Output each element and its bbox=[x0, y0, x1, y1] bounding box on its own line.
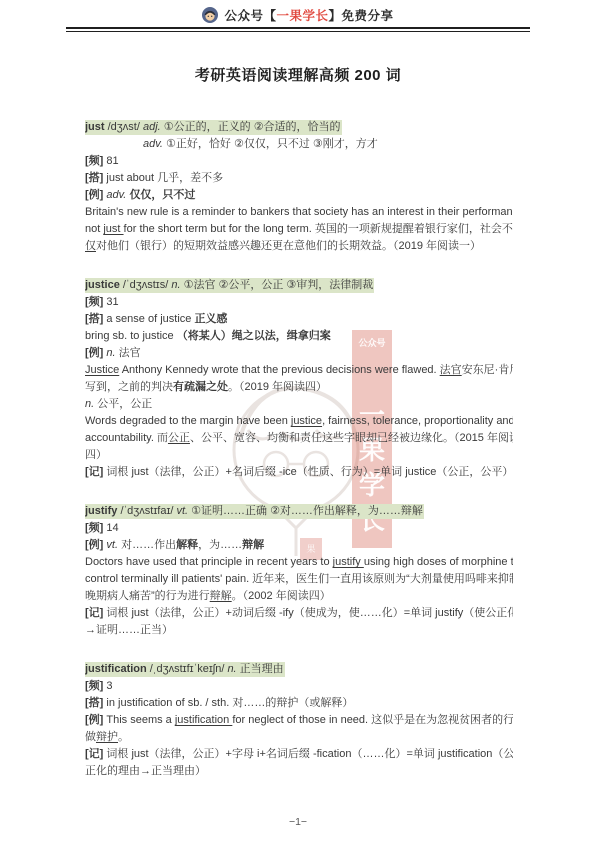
text-segment: just bbox=[85, 121, 105, 133]
text-line: [频] 81 bbox=[85, 153, 513, 170]
text-line: [例] adv. 仅仅，只不过 bbox=[85, 187, 513, 204]
text-segment: 81 bbox=[103, 155, 118, 167]
text-line: not just for the short term but for the … bbox=[85, 221, 513, 238]
text-segment: a sense of justice bbox=[103, 313, 194, 325]
text-segment: 正化的理由→正当理由） bbox=[85, 765, 206, 777]
text-segment: ，为…… bbox=[198, 539, 242, 551]
text-segment: 正义感 bbox=[194, 313, 227, 325]
text-segment: ①公正的，正义的 ②合适的，恰当的 bbox=[161, 121, 341, 133]
text-segment: Justice bbox=[85, 364, 119, 376]
text-segment: for the short term but for the long term… bbox=[124, 223, 513, 235]
text-segment: 、公平、宽容、均衡和责任这些字眼却已经被边缘化。（2015 年阅读 bbox=[190, 432, 513, 444]
text-segment: justify bbox=[85, 505, 117, 517]
headword-highlight: justification /ˌdʒʌstɪfɪˈkeɪʃn/ n. 正当理由 bbox=[85, 662, 285, 677]
text-segment: 法官 bbox=[116, 347, 141, 359]
text-segment: [搭] bbox=[85, 172, 103, 184]
text-line: 四） bbox=[85, 447, 513, 464]
text-line: 正化的理由→正当理由） bbox=[85, 763, 513, 780]
text-line: [例] This seems a justification for negle… bbox=[85, 712, 513, 729]
text-line: bring sb. to justice （将某人）绳之以法，缉拿归案 bbox=[85, 328, 513, 345]
text-segment: /ˈdʒʌstɪfaɪ/ bbox=[117, 505, 176, 517]
text-line: [例] n. 法官 bbox=[85, 345, 513, 362]
text-line: [记] 词根 just（法律，公正）+名词后缀 -ice（性质、行为）=单词 j… bbox=[85, 464, 513, 481]
text-segment: 。（2019 年阅读四） bbox=[228, 381, 327, 393]
page-number: −1− bbox=[0, 816, 596, 828]
text-segment: ①证明……正确 ②对……作出解释，为……辩解 bbox=[188, 505, 423, 517]
text-segment: Doctors have used that principle in rece… bbox=[85, 556, 333, 568]
headword-highlight: just /dʒʌst/ adj. ①公正的，正义的 ②合适的，恰当的 bbox=[85, 120, 342, 135]
text-segment: 晚期病人痛苦”的行为进行 bbox=[85, 590, 210, 602]
text-line: [频] 3 bbox=[85, 678, 513, 695]
text-segment: ①法官 ②公平，公正 ③审判，法律制裁 bbox=[181, 279, 374, 291]
text-segment: This seems a bbox=[103, 714, 175, 726]
text-segment: adv. bbox=[106, 189, 126, 201]
text-segment: [频] bbox=[85, 296, 103, 308]
text-segment: 安东尼·肯尼迪 bbox=[462, 364, 513, 376]
text-segment: 词根 just（法律，公正）+动词后缀 -ify（使成为，使……化）=单词 ju… bbox=[103, 607, 513, 619]
text-line: justification /ˌdʒʌstɪfɪˈkeɪʃn/ n. 正当理由 bbox=[85, 661, 513, 678]
page-title: 考研英语阅读理解高频 200 词 bbox=[0, 64, 596, 85]
text-segment: /ˈdʒʌstɪs/ bbox=[120, 279, 171, 291]
text-segment: [频] bbox=[85, 522, 103, 534]
document-page: 公众号 一果学长 果 公众号【一果学长】免费分享 考研英语阅读理解高频 200 … bbox=[0, 0, 596, 842]
text-segment: →证明……正当） bbox=[85, 624, 173, 636]
text-segment: n. bbox=[106, 347, 115, 359]
text-segment: justification bbox=[85, 663, 147, 675]
text-segment: using high doses of morphine to bbox=[364, 556, 513, 568]
text-line: Doctors have used that principle in rece… bbox=[85, 554, 513, 571]
text-segment: 做 bbox=[85, 731, 96, 743]
text-segment: 有疏漏之处 bbox=[173, 381, 228, 393]
boy-avatar-icon bbox=[202, 7, 218, 26]
text-segment: just about 几乎，差不多 bbox=[103, 172, 223, 184]
text-segment: 。 bbox=[118, 731, 129, 743]
text-segment: justify bbox=[333, 556, 364, 568]
text-segment: [搭] bbox=[85, 697, 103, 709]
text-segment: [例] bbox=[85, 539, 103, 551]
text-segment: 对……作出 bbox=[118, 539, 176, 551]
text-segment: 3 bbox=[103, 680, 112, 692]
text-line: 仅对他们（银行）的短期效益感兴趣还更在意他们的长期效益。（2019 年阅读一） bbox=[85, 238, 513, 255]
text-segment: [频] bbox=[85, 680, 103, 692]
text-segment: accountability. 而 bbox=[85, 432, 168, 444]
text-segment: 公正 bbox=[168, 432, 190, 444]
text-segment: [搭] bbox=[85, 313, 103, 325]
text-segment: not bbox=[85, 223, 103, 235]
text-segment: 四） bbox=[85, 449, 107, 461]
text-line: [记] 词根 just（法律，公正）+动词后缀 -ify（使成为，使……化）=单… bbox=[85, 605, 513, 622]
text-segment: bring sb. to justice bbox=[85, 330, 177, 342]
text-segment: [记] bbox=[85, 607, 103, 619]
text-line: Britain's new rule is a reminder to bank… bbox=[85, 204, 513, 221]
header-divider bbox=[66, 27, 530, 32]
text-segment: 对他们（银行）的短期效益感兴趣还更在意他们的长期效益。（2019 年阅读一） bbox=[96, 240, 481, 252]
text-segment: 词根 just（法律，公正）+名词后缀 -ice（性质、行为）=单词 justi… bbox=[103, 466, 513, 478]
entries: just /dʒʌst/ adj. ①公正的，正义的 ②合适的，恰当的adv. … bbox=[85, 119, 513, 802]
text-line: 晚期病人痛苦”的行为进行辩解。（2002 年阅读四） bbox=[85, 588, 513, 605]
text-segment: justification bbox=[175, 714, 232, 726]
text-segment: [例] bbox=[85, 347, 103, 359]
text-segment: 14 bbox=[103, 522, 118, 534]
text-segment: , fairness, tolerance, proportionality a… bbox=[322, 415, 513, 427]
text-segment: 辩解 bbox=[242, 539, 264, 551]
text-line: →证明……正当） bbox=[85, 622, 513, 639]
word-entry-just: just /dʒʌst/ adj. ①公正的，正义的 ②合适的，恰当的adv. … bbox=[85, 119, 513, 255]
header-brand-name: 一果学长 bbox=[276, 9, 328, 23]
text-segment: [记] bbox=[85, 466, 103, 478]
text-segment: /ˌdʒʌstɪfɪˈkeɪʃn/ bbox=[147, 663, 228, 675]
text-segment: [频] bbox=[85, 155, 103, 167]
word-entry-justification: justification /ˌdʒʌstɪfɪˈkeɪʃn/ n. 正当理由[… bbox=[85, 661, 513, 780]
text-segment: Anthony Kennedy wrote that the previous … bbox=[119, 364, 439, 376]
text-segment: vt. bbox=[176, 505, 188, 517]
text-line: [搭] in justification of sb. / sth. 对……的辩… bbox=[85, 695, 513, 712]
text-line: justify /ˈdʒʌstɪfaɪ/ vt. ①证明……正确 ②对……作出解… bbox=[85, 503, 513, 520]
text-segment: [例] bbox=[85, 189, 103, 201]
text-segment: Words degraded to the margin have been bbox=[85, 415, 291, 427]
text-line: [频] 31 bbox=[85, 294, 513, 311]
word-entry-justify: justify /ˈdʒʌstɪfaɪ/ vt. ①证明……正确 ②对……作出解… bbox=[85, 503, 513, 639]
text-segment: 辩解 bbox=[210, 590, 232, 602]
text-segment: 辩护 bbox=[96, 731, 118, 743]
text-segment: 公平，公正 bbox=[94, 398, 152, 410]
text-segment: n. bbox=[85, 398, 94, 410]
text-segment: adv. bbox=[143, 138, 163, 150]
text-segment: control terminally ill patients' pain. 近… bbox=[85, 573, 513, 585]
text-segment: 31 bbox=[103, 296, 118, 308]
text-line: 写到，之前的判决有疏漏之处。（2019 年阅读四） bbox=[85, 379, 513, 396]
text-line: just /dʒʌst/ adj. ①公正的，正义的 ②合适的，恰当的 bbox=[85, 119, 513, 136]
text-segment: （将某人）绳之以法，缉拿归案 bbox=[177, 330, 331, 342]
text-line: adv. ①正好，恰好 ②仅仅，只不过 ③刚才，方才 bbox=[85, 136, 513, 153]
text-segment: 正当理由 bbox=[237, 663, 284, 675]
text-segment: [记] bbox=[85, 748, 103, 760]
page-header: 公众号【一果学长】免费分享 bbox=[0, 6, 596, 26]
text-segment: [例] bbox=[85, 714, 103, 726]
text-segment: Britain's new rule is a reminder to bank… bbox=[85, 206, 513, 218]
text-line: accountability. 而公正、公平、宽容、均衡和责任这些字眼却已经被边… bbox=[85, 430, 513, 447]
text-line: [搭] a sense of justice 正义感 bbox=[85, 311, 513, 328]
header-brand-suffix: 】免费分享 bbox=[329, 9, 394, 23]
text-line: control terminally ill patients' pain. 近… bbox=[85, 571, 513, 588]
headword-highlight: justice /ˈdʒʌstɪs/ n. ①法官 ②公平，公正 ③审判，法律制… bbox=[85, 278, 374, 293]
text-segment: 法官 bbox=[440, 364, 462, 376]
text-segment: n. bbox=[227, 663, 236, 675]
text-line: n. 公平，公正 bbox=[85, 396, 513, 413]
word-entry-justice: justice /ˈdʒʌstɪs/ n. ①法官 ②公平，公正 ③审判，法律制… bbox=[85, 277, 513, 481]
text-segment: /dʒʌst/ bbox=[105, 121, 143, 133]
text-segment: n. bbox=[171, 279, 180, 291]
text-line: [频] 14 bbox=[85, 520, 513, 537]
text-line: [例] vt. 对……作出解释，为……辩解 bbox=[85, 537, 513, 554]
text-line: Words degraded to the margin have been j… bbox=[85, 413, 513, 430]
text-segment: 仅 bbox=[85, 240, 96, 252]
text-segment: 词根 just（法律，公正）+字母 i+名词后缀 -fication（……化）=… bbox=[103, 748, 513, 760]
text-line: [搭] just about 几乎，差不多 bbox=[85, 170, 513, 187]
text-segment: vt. bbox=[106, 539, 118, 551]
header-brand-prefix: 公众号【 bbox=[224, 9, 276, 23]
text-segment: adj. bbox=[143, 121, 161, 133]
text-segment: justice bbox=[291, 415, 322, 427]
text-line: [记] 词根 just（法律，公正）+字母 i+名词后缀 -fication（…… bbox=[85, 746, 513, 763]
text-segment: ①正好，恰好 ②仅仅，只不过 ③刚才，方才 bbox=[163, 138, 378, 150]
text-segment: just bbox=[103, 223, 123, 235]
text-segment: for neglect of those in need. 这似乎是在为忽视贫困… bbox=[232, 714, 513, 726]
text-segment: 仅仅，只不过 bbox=[129, 189, 195, 201]
text-segment: justice bbox=[85, 279, 120, 291]
text-line: Justice Anthony Kennedy wrote that the p… bbox=[85, 362, 513, 379]
text-segment: in justification of sb. / sth. 对……的辩护（或解… bbox=[103, 697, 353, 709]
text-segment: 。（2002 年阅读四） bbox=[232, 590, 331, 602]
text-segment: 解释 bbox=[176, 539, 198, 551]
headword-highlight: justify /ˈdʒʌstɪfaɪ/ vt. ①证明……正确 ②对……作出解… bbox=[85, 504, 424, 519]
text-segment: 写到，之前的判决 bbox=[85, 381, 173, 393]
text-line: 做辩护。 bbox=[85, 729, 513, 746]
text-line: justice /ˈdʒʌstɪs/ n. ①法官 ②公平，公正 ③审判，法律制… bbox=[85, 277, 513, 294]
